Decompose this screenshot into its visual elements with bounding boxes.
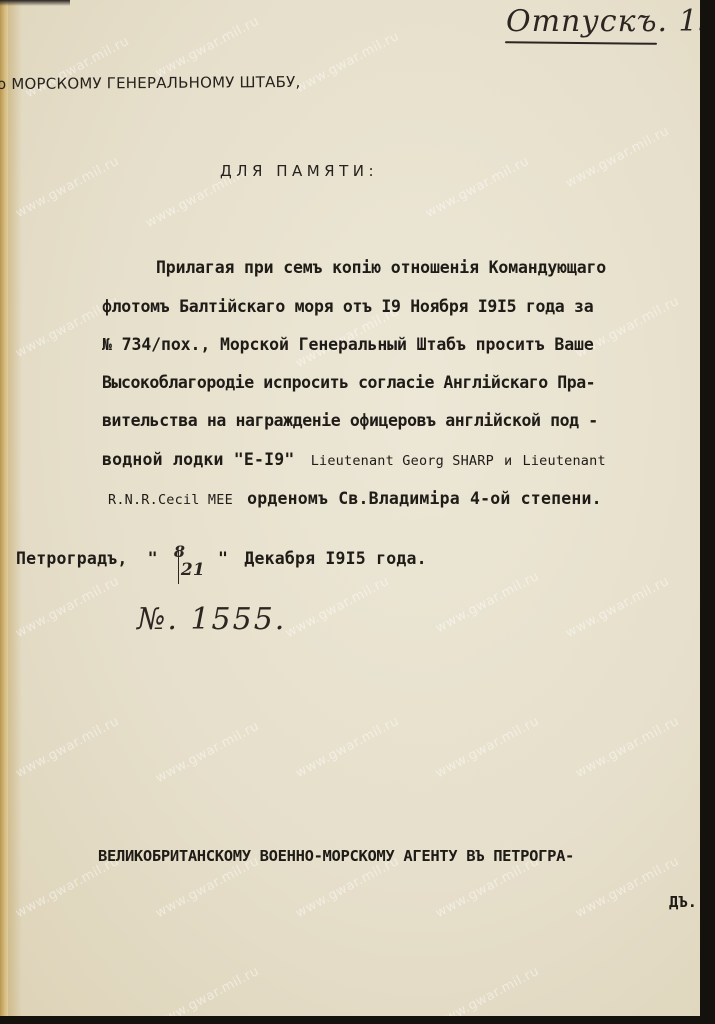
body-line-5: вительства на награжденіе офицеровъ англ… — [102, 411, 598, 430]
addressee-header: о МОРСКОМУ ГЕНЕРАЛЬНОМУ ШТАБУ, — [0, 73, 300, 93]
body-line-4: Высокоблагородіе испросить согласіе Англ… — [102, 373, 595, 392]
body-line-6: водной лодки "Е-I9" Lieutenant Georg SHA… — [102, 450, 606, 469]
date-rest-text: Декабря I9I5 года. — [244, 549, 426, 568]
watermark: www.gwar.mil.ru — [283, 574, 392, 641]
memo-heading: ДЛЯ ПАМЯТИ: — [220, 162, 378, 180]
officer-2-name-text: R.N.R.Cecil MEE — [108, 492, 233, 508]
date-line: Петроградъ, " 8 21 " Декабря I9I5 года. — [16, 549, 427, 568]
watermark: www.gwar.mil.ru — [153, 719, 262, 786]
watermark: www.gwar.mil.ru — [573, 714, 682, 781]
watermark: www.gwar.mil.ru — [563, 124, 672, 191]
handwritten-day-value: 21 — [181, 560, 205, 580]
watermark: www.gwar.mil.ru — [293, 29, 402, 96]
watermark: www.gwar.mil.ru — [423, 154, 532, 221]
watermark: www.gwar.mil.ru — [563, 574, 672, 641]
watermark: www.gwar.mil.ru — [433, 964, 542, 1016]
quote-close: " — [218, 549, 228, 568]
watermark: www.gwar.mil.ru — [433, 569, 542, 636]
submarine-name-text: водной лодки "Е-I9" — [102, 450, 295, 469]
officer-2-rank-text: Lieutenant — [523, 453, 606, 469]
document-page: www.gwar.mil.ru www.gwar.mil.ru www.gwar… — [0, 0, 700, 1016]
recipient-line-2: ДЪ. — [669, 893, 697, 911]
watermark: www.gwar.mil.ru — [293, 714, 402, 781]
watermark: www.gwar.mil.ru — [13, 714, 122, 781]
paper-left-edge — [0, 0, 8, 1016]
handwritten-underline — [505, 41, 657, 45]
order-text: орденомъ Св.Владиміра 4-ой степени. — [247, 489, 602, 508]
scan-right-border — [700, 0, 715, 1024]
body-line-7: R.N.R.Cecil MEE орденомъ Св.Владиміра 4-… — [108, 489, 602, 508]
addressee-cut-letter: о — [0, 75, 6, 93]
officer-1-text: Lieutenant Georg SHARP — [311, 453, 494, 469]
watermark: www.gwar.mil.ru — [153, 14, 262, 81]
recipient-line-1: ВЕЛИКОБРИТАНСКОМУ ВОЕННО-МОРСКОМУ АГЕНТУ… — [98, 847, 574, 865]
city-text: Петроградъ, — [16, 549, 127, 568]
watermark: www.gwar.mil.ru — [433, 714, 542, 781]
handwritten-release-note: Отпускъ. 157. — [506, 4, 700, 39]
paper-edge-shadow — [8, 0, 22, 1016]
watermark: www.gwar.mil.ru — [13, 154, 122, 221]
scan-bottom-border — [0, 1016, 715, 1024]
conjunction-text: и — [504, 453, 512, 469]
handwritten-day-top: 8 — [174, 542, 185, 561]
watermark: www.gwar.mil.ru — [153, 964, 262, 1016]
scan-top-shadow — [0, 0, 70, 6]
handwritten-outgoing-number: №. 1555. — [137, 602, 286, 637]
body-line-2: флотомъ Балтійскаго моря отъ I9 Ноября I… — [102, 297, 593, 316]
body-line-1: Прилагая при семъ копію отношенія Команд… — [156, 258, 606, 277]
addressee-text: МОРСКОМУ ГЕНЕРАЛЬНОМУ ШТАБУ, — [11, 73, 300, 93]
body-line-3: № 734/пох., Морской Генеральный Штабъ пр… — [102, 335, 594, 354]
handwritten-slash — [178, 550, 179, 584]
quote-open: " — [148, 549, 158, 568]
watermark: www.gwar.mil.ru — [13, 574, 122, 641]
watermark: www.gwar.mil.ru — [573, 854, 682, 921]
